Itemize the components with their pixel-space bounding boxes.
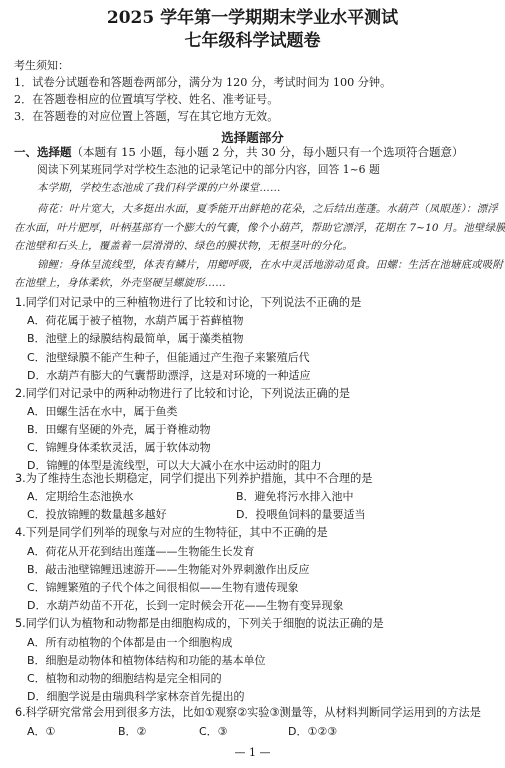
question-stem: 1.同学们对记录中的三种植物进行了比较和讨论，下列说法不正确的是 [15, 296, 361, 310]
question-option: C．锦鲤身体柔软灵活，属于软体动物 [27, 441, 211, 455]
passage-line: 在池壁和石头上，覆盖着一层滑滑的、绿色的膜状物，无根茎叶的分化。 [14, 239, 353, 253]
part-heading: 一、选择题（本题有 15 小题，每小题 2 分，共 30 分，每小题只有一个选项… [14, 145, 464, 159]
question-option: A．定期给生态池换水 [27, 490, 134, 504]
page-number: — 1 — [0, 746, 505, 759]
question-option: D．①②③ [288, 725, 337, 739]
question-stem: 2.同学们对记录中的两种动物进行了比较和讨论，下列说法正确的是 [15, 387, 350, 401]
notice-item: 2．在答题卷相应的位置填写学校、姓名、准考证号。 [14, 93, 278, 107]
question-stem: 6.科学研究常常会用到很多方法，比如①观察②实验③测量等，从材料判断同学运用到的… [15, 706, 481, 720]
notice-item: 1．试卷分试题卷和答题卷两部分，满分为 120 分，考试时间为 100 分钟。 [14, 76, 391, 90]
question-option: A．所有动植物的个体都是由一个细胞构成 [27, 636, 233, 650]
question-option: C．投放锦鲤的数量越多越好 [27, 508, 167, 522]
question-option: C．锦鲤繁殖的子代个体之间很相似——生物有遗传现象 [27, 581, 299, 595]
part-label: 一、选择题 [14, 145, 72, 159]
question-option: C．池壁绿膜不能产生种子，但能通过产生孢子来繁殖后代 [27, 351, 310, 365]
question-stem: 3.为了维持生态池长期稳定，同学们提出下列养护措施，其中不合理的是 [15, 472, 373, 486]
passage-line: 锦鲤：身体呈流线型，体表有鳞片，用鳃呼吸，在水中灵活地游动觅食。田螺：生活在池塘… [37, 258, 503, 272]
notice-item: 3．在答题卷的对应位置上答题，写在其它地方无效。 [14, 110, 278, 124]
passage-line: 在池壁上，身体柔软，外壳坚硬呈螺旋形…… [14, 276, 226, 290]
question-option: D．水葫芦有膨大的气囊帮助漂浮，这是对环境的一种适应 [27, 369, 310, 383]
question-option: D．细胞学说是由瑞典科学家林奈首先提出的 [27, 690, 244, 704]
question-option: B．池壁上的绿膜结构最简单，属于藻类植物 [27, 332, 244, 346]
question-option: C．植物和动物的细胞结构是完全相同的 [27, 672, 222, 686]
notice-label: 考生须知： [14, 59, 69, 73]
passage-line: 荷花：叶片宽大，大多挺出水面，夏季能开出鲜艳的花朵，之后结出莲蓬。水葫芦（凤眼莲… [37, 202, 498, 216]
question-option: B．② [118, 725, 146, 739]
question-stem: 4.下列是同学们列举的现象与对应的生物特征，其中不正确的是 [15, 526, 328, 540]
question-option: D．水葫芦幼苗不开花，长到一定时候会开花——生物有变异现象 [27, 599, 343, 613]
part-description: （本题有 15 小题，每小题 2 分，共 30 分，每小题只有一个选项符合题意） [72, 145, 464, 159]
reading-intro: 阅读下列某班同学对学校生态池的记录笔记中的部分内容，回答 1~6 题 [37, 163, 380, 177]
question-option: B．田螺有坚硬的外壳，属于脊椎动物 [27, 423, 211, 437]
question-option: C．③ [199, 725, 228, 739]
question-option: B．避免将污水排入池中 [236, 490, 354, 504]
passage-line: 本学期，学校生态池成了我们科学课的户外课堂…… [37, 181, 281, 195]
question-option: B．细胞是动物体和植物体结构和功能的基本单位 [27, 654, 266, 668]
section-title: 选择题部分 [0, 128, 505, 146]
question-option: D．锦鲤的体型是流线型，可以大大减小在水中运动时的阻力 [27, 459, 321, 473]
exam-title: 2025 学年第一学期期末学业水平测试 [0, 7, 505, 29]
question-option: A．荷花属于被子植物，水葫芦属于苔藓植物 [27, 314, 244, 328]
question-option: B．敲击池壁锦鲤迅速游开——生物能对外界刺激作出反应 [27, 563, 310, 577]
question-stem: 5.同学们认为植物和动物都是由细胞构成的，下列关于细胞的说法正确的是 [15, 617, 384, 631]
question-option: A．田螺生活在水中，属于鱼类 [27, 405, 178, 419]
question-option: A．① [27, 725, 55, 739]
passage-line: 在水面，叶片肥厚，叶柄基部有一个膨大的气囊，像个小葫芦，帮助它漂浮，花期在 7~… [14, 221, 505, 235]
exam-subtitle: 七年级科学试题卷 [0, 30, 505, 52]
question-option: D．投喂鱼饲料的量要适当 [236, 508, 365, 522]
question-option: A．荷花从开花到结出莲蓬——生物能生长发育 [27, 545, 255, 559]
